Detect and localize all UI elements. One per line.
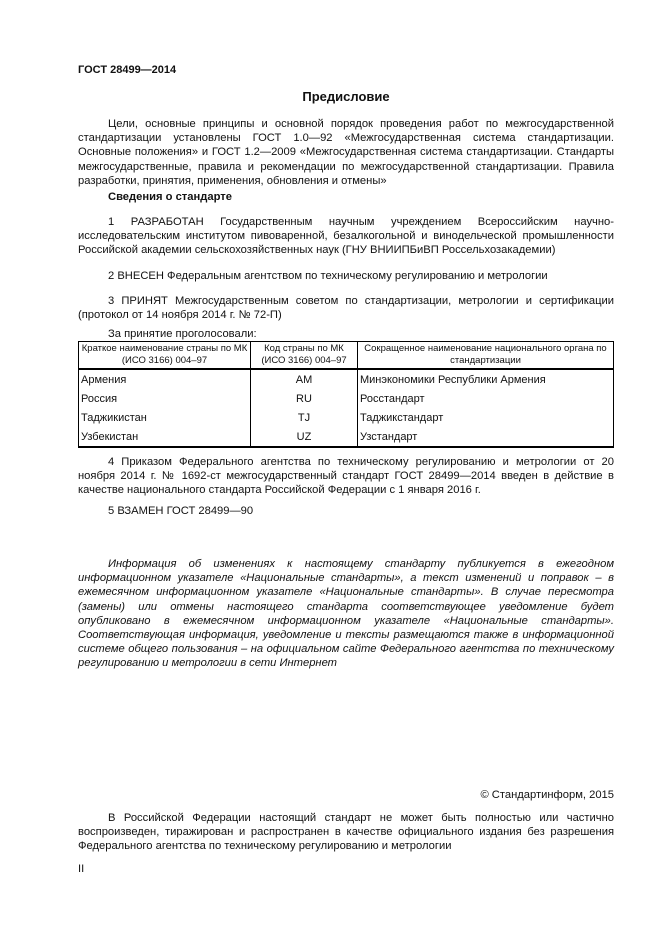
section-heading: Сведения о стандарте bbox=[108, 191, 232, 203]
cell-code: RU bbox=[251, 389, 358, 408]
item-developed: 1 РАЗРАБОТАН Государственным научным учр… bbox=[78, 215, 614, 258]
votes-table: Краткое наименование страны по МК (ИСО 3… bbox=[78, 341, 614, 448]
table-header-row: Краткое наименование страны по МК (ИСО 3… bbox=[79, 342, 614, 370]
page-number: II bbox=[78, 863, 84, 875]
cell-country: Узбекистан bbox=[79, 427, 251, 447]
table-row: Таджикистан TJ Таджикстандарт bbox=[79, 408, 614, 427]
table-row: Армения AM Минэкономики Республики Армен… bbox=[79, 369, 614, 389]
cell-country: Таджикистан bbox=[79, 408, 251, 427]
cell-code: UZ bbox=[251, 427, 358, 447]
cell-body: Таджикстандарт bbox=[358, 408, 614, 427]
cell-country: Армения bbox=[79, 369, 251, 389]
page-title: Предисловие bbox=[78, 89, 614, 104]
cell-body: Узстандарт bbox=[358, 427, 614, 447]
header-country-name: Краткое наименование страны по МК (ИСО 3… bbox=[79, 342, 251, 370]
item-submitted: 2 ВНЕСЕН Федеральным агентством по техни… bbox=[78, 269, 614, 283]
item-enacted: 4 Приказом Федерального агентства по тех… bbox=[78, 455, 614, 498]
changes-notice: Информация об изменениях к настоящему ст… bbox=[78, 557, 614, 671]
document-id-header: ГОСТ 28499—2014 bbox=[78, 64, 176, 76]
table-row: Россия RU Росстандарт bbox=[79, 389, 614, 408]
votes-caption: За принятие проголосовали: bbox=[78, 327, 614, 341]
intro-paragraph: Цели, основные принципы и основной поряд… bbox=[78, 117, 614, 188]
copyright: © Стандартинформ, 2015 bbox=[480, 789, 614, 801]
cell-country: Россия bbox=[79, 389, 251, 408]
item-adopted: 3 ПРИНЯТ Межгосударственным советом по с… bbox=[78, 294, 614, 322]
cell-body: Росстандарт bbox=[358, 389, 614, 408]
cell-body: Минэкономики Республики Армения bbox=[358, 369, 614, 389]
rights-notice: В Российской Федерации настоящий стандар… bbox=[78, 811, 614, 854]
header-national-body: Сокращенное наименование национального о… bbox=[358, 342, 614, 370]
table-row: Узбекистан UZ Узстандарт bbox=[79, 427, 614, 447]
item-replaces: 5 ВЗАМЕН ГОСТ 28499—90 bbox=[78, 504, 614, 518]
cell-code: AM bbox=[251, 369, 358, 389]
cell-code: TJ bbox=[251, 408, 358, 427]
header-country-code: Код страны по МК (ИСО 3166) 004–97 bbox=[251, 342, 358, 370]
